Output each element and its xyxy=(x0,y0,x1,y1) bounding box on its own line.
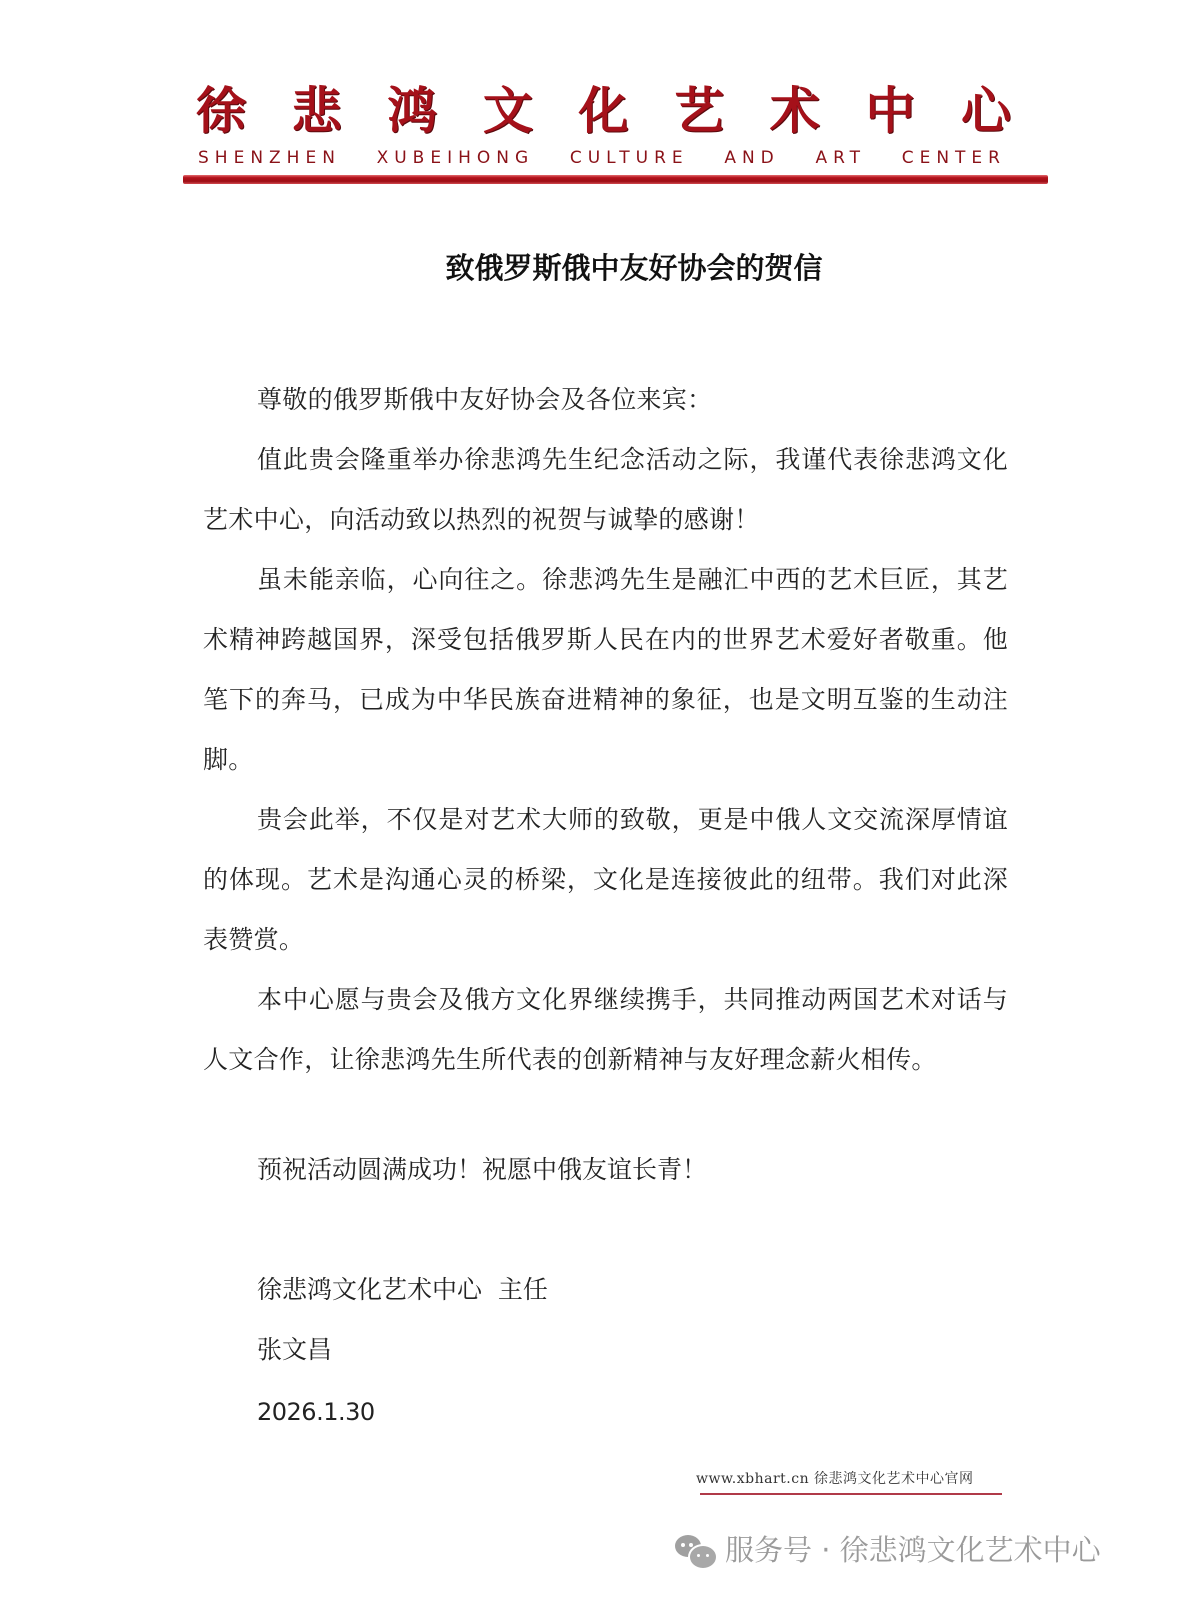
letterhead-char: 心 xyxy=(961,84,1011,138)
paragraph: 本中心愿与贵会及俄方文化界继续携手，共同推动两国艺术对话与人文合作，让徐悲鸿先生… xyxy=(203,970,1008,1090)
letter-body: 尊敬的俄罗斯俄中友好协会及各位来宾： 值此贵会隆重举办徐悲鸿先生纪念活动之际，我… xyxy=(203,370,1008,1090)
letterhead-char: 术 xyxy=(770,84,820,138)
letterhead-word: ART xyxy=(815,148,866,168)
footer-underline xyxy=(700,1493,1002,1495)
footer-website: www.xbhart.cn 徐悲鸿文化艺术中心官网 xyxy=(696,1470,1006,1488)
letterhead-char: 文 xyxy=(483,84,533,138)
letterhead-word: CULTURE xyxy=(570,148,689,168)
letterhead-char: 鸿 xyxy=(387,84,437,138)
letterhead-divider xyxy=(183,175,1048,184)
letterhead-word: XUBEIHONG xyxy=(377,148,535,168)
paragraph: 值此贵会隆重举办徐悲鸿先生纪念活动之际，我谨代表徐悲鸿文化艺术中心，向活动致以热… xyxy=(203,430,1008,550)
signature-date: 2026.1.30 xyxy=(257,1394,375,1430)
closing-wishes: 预祝活动圆满成功！祝愿中俄友谊长青！ xyxy=(257,1152,707,1188)
letterhead-char: 徐 xyxy=(196,84,246,138)
letterhead-char: 中 xyxy=(865,84,915,138)
watermark-text: 服务号 · 徐悲鸿文化艺术中心 xyxy=(725,1530,1101,1570)
watermark: 服务号 · 徐悲鸿文化艺术中心 xyxy=(675,1530,1101,1570)
wechat-icon xyxy=(675,1533,715,1567)
letterhead-chinese-name: 徐 悲 鸿 文 化 艺 术 中 心 xyxy=(196,84,1011,138)
letterhead-word: SHENZHEN xyxy=(198,148,341,168)
signature-org-title: 徐悲鸿文化艺术中心 主任 xyxy=(257,1272,548,1308)
letterhead-char: 艺 xyxy=(674,84,724,138)
document-title: 致俄罗斯俄中友好协会的贺信 xyxy=(0,250,1200,286)
paragraph: 虽未能亲临，心向往之。徐悲鸿先生是融汇中西的艺术巨匠，其艺术精神跨越国界，深受包… xyxy=(203,550,1008,790)
letterhead-word: CENTER xyxy=(902,148,1006,168)
letterhead-char: 化 xyxy=(579,84,629,138)
letterhead-char: 悲 xyxy=(292,84,342,138)
signature-name: 张文昌 xyxy=(257,1332,332,1368)
salutation: 尊敬的俄罗斯俄中友好协会及各位来宾： xyxy=(203,370,1008,430)
paragraph: 贵会此举，不仅是对艺术大师的致敬，更是中俄人文交流深厚情谊的体现。艺术是沟通心灵… xyxy=(203,790,1008,970)
letterhead-word: AND xyxy=(724,148,779,168)
letterhead-english-name: SHENZHEN XUBEIHONG CULTURE AND ART CENTE… xyxy=(198,148,1006,168)
